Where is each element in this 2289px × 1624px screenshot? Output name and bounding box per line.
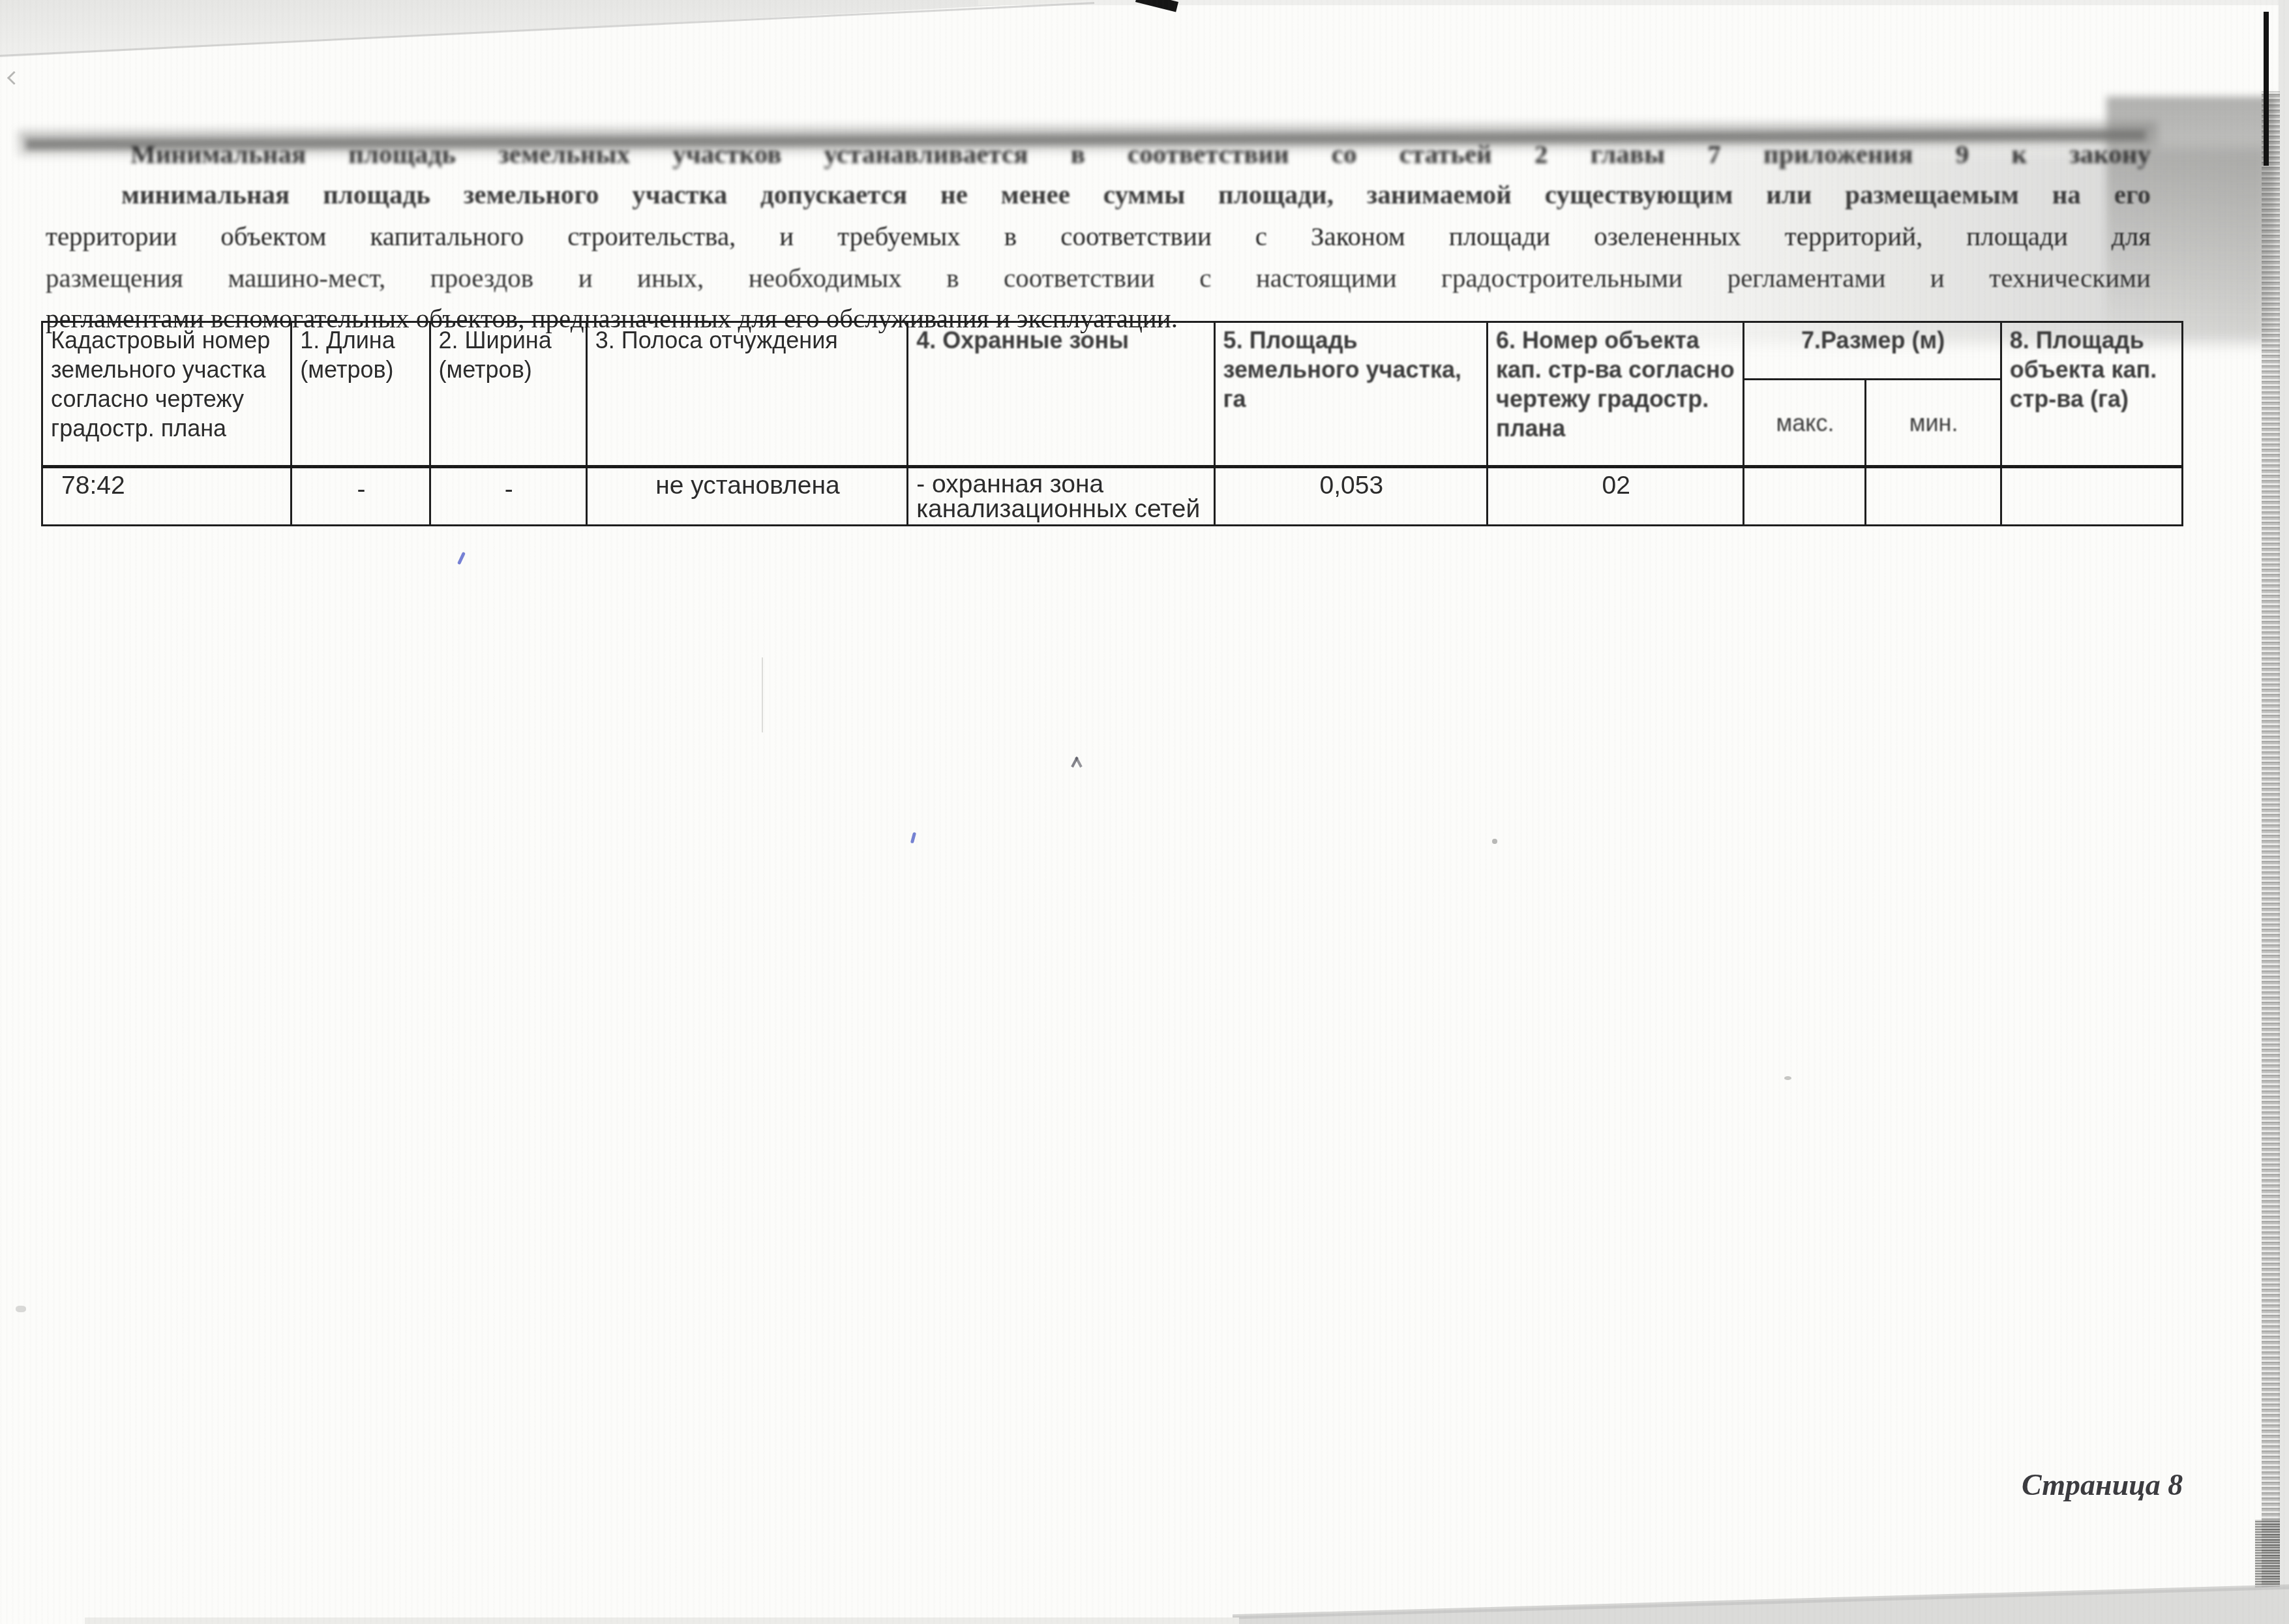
ink-speck — [910, 832, 916, 844]
header-size-max: макс. — [1744, 380, 1865, 467]
scan-right-background — [2279, 0, 2289, 1624]
header-size-min: мин. — [1865, 380, 2001, 467]
cell-object-area — [2001, 467, 2182, 526]
paragraph-line: Минимальная площадь земельных участков у… — [130, 133, 2151, 175]
page-number: Страница 8 — [2022, 1467, 2183, 1502]
cell-size-min — [1865, 467, 2001, 526]
paragraph-line: размещения машино-мест, проездов и иных,… — [46, 257, 2151, 299]
dust-speck — [1784, 1076, 1791, 1080]
cell-plot-area: 0,053 — [1214, 467, 1487, 526]
ink-speck — [457, 552, 466, 565]
paragraph-line: минимальная площадь земельного участка д… — [121, 173, 2151, 215]
header-length: 1. Длина (метров) — [292, 322, 430, 467]
scanned-document-page: Минимальная площадь земельных участков у… — [0, 0, 2289, 1624]
dust-speck — [1492, 839, 1497, 844]
header-exclusion-strip: 3. Полоса отчуждения — [586, 322, 907, 467]
paragraph-line: территории объектом капитального строите… — [46, 215, 2151, 257]
scan-top-ink-dash — [1135, 0, 1178, 12]
cell-exclusion-strip: не установлена — [586, 467, 907, 526]
scan-right-grain-strip — [2262, 91, 2280, 1624]
header-width: 2. Ширина (метров) — [430, 322, 586, 467]
land-plot-table: Кадастровый номер земельного участка сог… — [41, 321, 2183, 526]
header-size: 7.Размер (м) — [1744, 322, 2001, 380]
scan-adjacent-page-edge — [2264, 12, 2269, 166]
cell-cadastral-number: 78:42 — [42, 467, 292, 526]
header-object-number: 6. Номер объекта кап. стр-ва согласно че… — [1487, 322, 1743, 467]
scratch-mark — [762, 657, 763, 732]
cell-size-max — [1744, 467, 1865, 526]
cell-width: - — [430, 467, 586, 526]
cell-protected-zones: - охранная зона канализационных сетей — [908, 467, 1214, 526]
dust-speck — [7, 71, 21, 85]
cell-length: - — [292, 467, 430, 526]
dust-speck — [16, 1306, 26, 1312]
header-protected-zones: 4. Охранные зоны — [908, 322, 1214, 467]
header-object-area: 8. Площадь объекта кап. стр-ва (га) — [2001, 322, 2182, 467]
header-plot-area: 5. Площадь земельного участка, га — [1214, 322, 1487, 467]
header-cadastral-number: Кадастровый номер земельного участка сог… — [42, 322, 292, 467]
cell-object-number: 02 — [1487, 467, 1743, 526]
scan-bottom-strip — [85, 1617, 1239, 1624]
